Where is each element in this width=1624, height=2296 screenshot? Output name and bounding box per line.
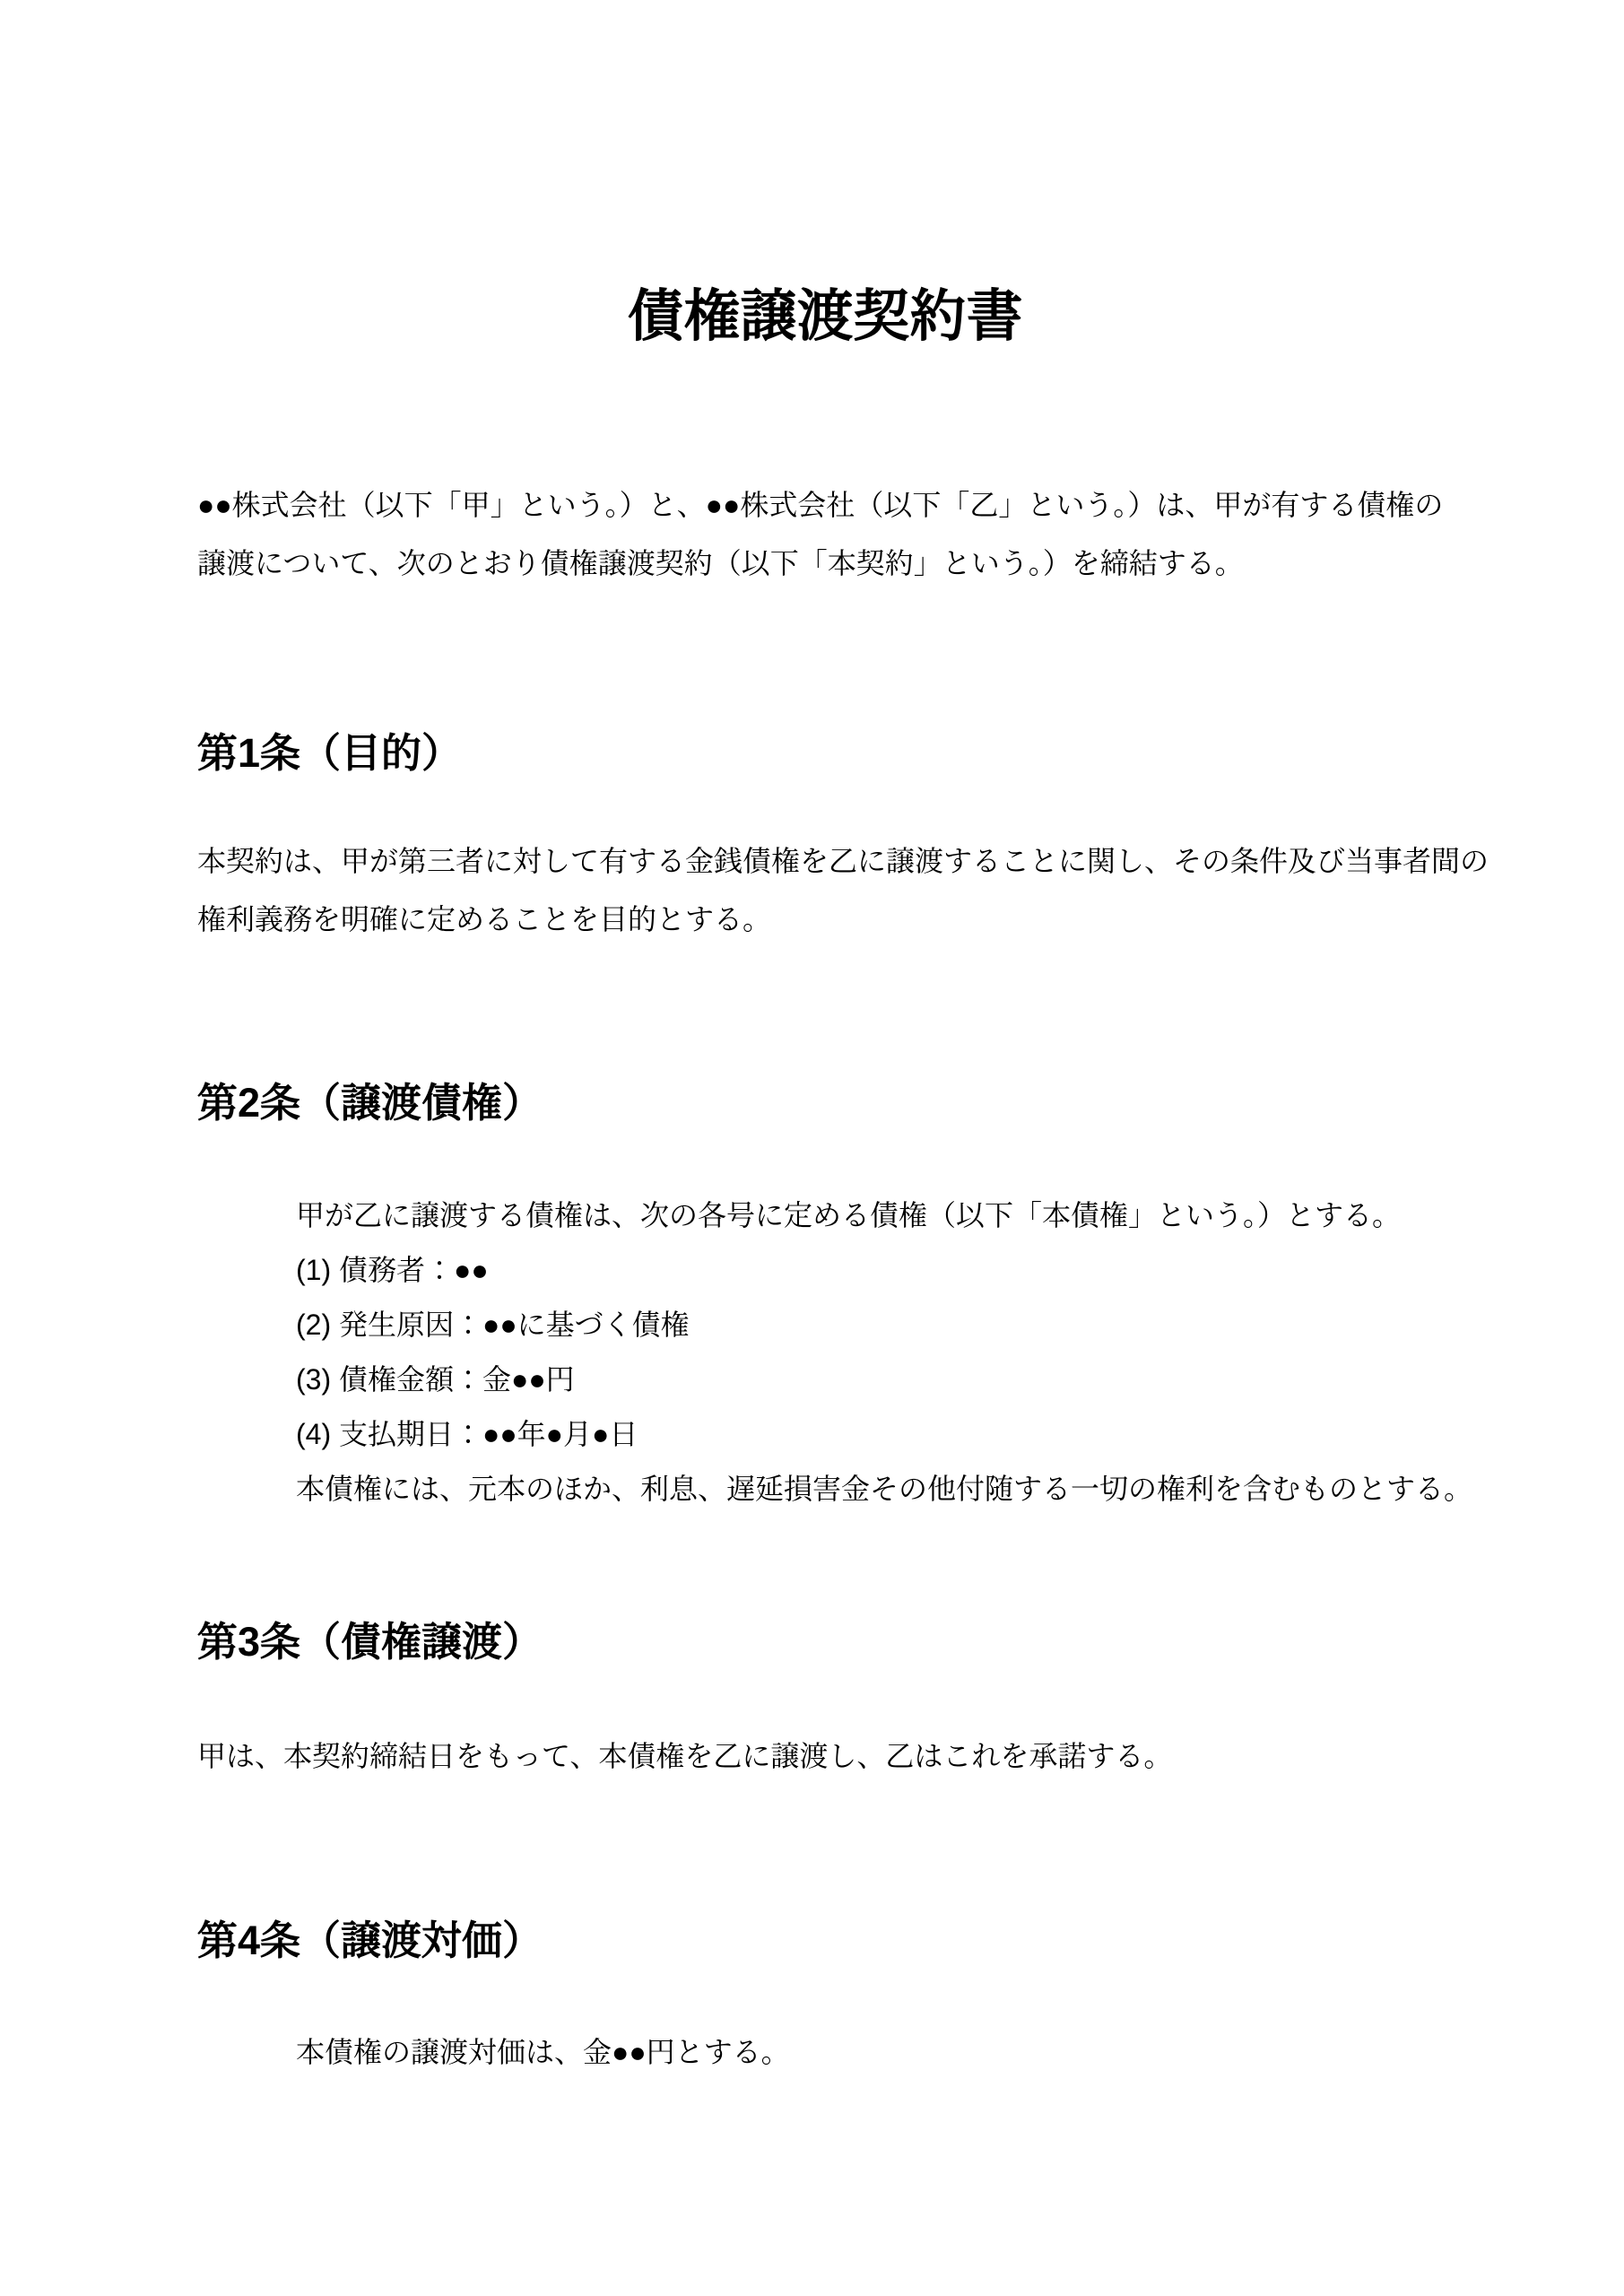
document-title: 債権譲渡契約書 [197,285,1453,348]
contract-document-page: 債権譲渡契約書 ●●株式会社（以下「甲」という。）と、●●株式会社（以下「乙」と… [0,0,1624,2296]
preamble-paragraph: ●●株式会社（以下「甲」という。）と、●●株式会社（以下「乙」という。）は、甲が… [197,476,1453,593]
article-3-heading: 第3条（債権譲渡） [197,1618,1453,1666]
enumerated-item-3: (3) 債権金額：金●●円 [296,1352,1453,1407]
article-1-section: 第1条（目的） 本契約は、甲が第三者に対して有する金銭債権を乙に譲渡することに関… [197,729,1453,949]
preamble-line: 譲渡について、次のとおり債権譲渡契約（以下「本契約」という。）を締結する。 [197,535,1453,593]
preamble-line: ●●株式会社（以下「甲」という。）と、●●株式会社（以下「乙」という。）は、甲が… [197,476,1453,535]
article-1-body: 本契約は、甲が第三者に対して有する金銭債権を乙に譲渡することに関し、その条件及び… [197,832,1453,949]
article-4-section: 第4条（譲渡対価） 本債権の譲渡対価は、金●●円とする。 [197,1917,1453,2082]
article-4-body: 本債権の譲渡対価は、金●●円とする。 [296,2023,1453,2082]
article-body-line: 本債権には、元本のほか、利息、遅延損害金その他付随する一切の権利を含むものとする… [296,1462,1453,1517]
enumerated-item-2: (2) 発生原因：●●に基づく債権 [296,1298,1453,1352]
article-body-line: 甲は、本契約締結日をもって、本債権を乙に譲渡し、乙はこれを承諾する。 [197,1727,1453,1786]
article-body-line: 本債権の譲渡対価は、金●●円とする。 [296,2023,1453,2082]
article-body-line: 権利義務を明確に定めることを目的とする。 [197,891,1453,949]
article-2-body: 甲が乙に譲渡する債権は、次の各号に定める債権（以下「本債権」という。）とする。 … [296,1188,1453,1517]
article-1-heading: 第1条（目的） [197,729,1453,778]
article-body-line: 本契約は、甲が第三者に対して有する金銭債権を乙に譲渡することに関し、その条件及び… [197,832,1453,891]
enumerated-item-1: (1) 債務者：●● [296,1243,1453,1298]
article-4-heading: 第4条（譲渡対価） [197,1917,1453,1965]
article-2-heading: 第2条（譲渡債権） [197,1079,1453,1127]
article-3-section: 第3条（債権譲渡） 甲は、本契約締結日をもって、本債権を乙に譲渡し、乙はこれを承… [197,1618,1453,1786]
article-2-section: 第2条（譲渡債権） 甲が乙に譲渡する債権は、次の各号に定める債権（以下「本債権」… [197,1079,1453,1517]
article-body-line: 甲が乙に譲渡する債権は、次の各号に定める債権（以下「本債権」という。）とする。 [296,1188,1453,1243]
article-3-body: 甲は、本契約締結日をもって、本債権を乙に譲渡し、乙はこれを承諾する。 [197,1727,1453,1786]
enumerated-item-4: (4) 支払期日：●●年●月●日 [296,1407,1453,1462]
